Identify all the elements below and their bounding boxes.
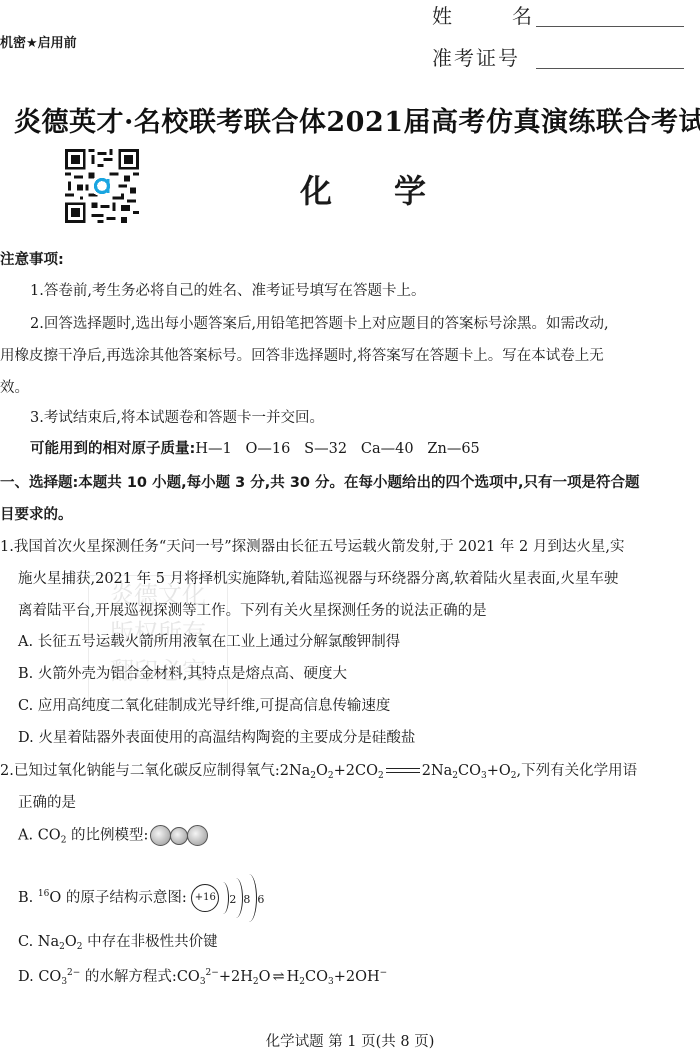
subject-char-1: 化: [300, 166, 332, 212]
name-field[interactable]: 姓 名: [432, 0, 684, 29]
confidential-label: 机密★启用前: [0, 32, 77, 51]
question-2-stem-line-2: 正确的是: [18, 793, 76, 813]
question-1-option-d[interactable]: D. 火星着陆器外表面使用的高温结构陶瓷的主要成分是硅酸盐: [18, 728, 415, 748]
option-a-prefix: A.: [18, 828, 38, 844]
section-1-heading: 一、选择题:本题共 10 小题,每小题 3 分,共 30 分。在每小题给出的四个…: [0, 471, 640, 492]
mass-number: 16: [38, 889, 49, 899]
name-underline[interactable]: [536, 26, 684, 27]
question-2-stem-line-1: 2.已知过氧化钠能与二氧化碳反应制得氧气:2Na2O2+2CO22Na2CO3+…: [0, 761, 637, 786]
question-1-stem-line-2: 施火星捕获,2021 年 5 月将择机实施降轨,着陆巡视器与环绕器分离,软着陆火…: [18, 569, 618, 589]
exam-id-field[interactable]: 准考证号: [432, 42, 684, 71]
question-2-option-d[interactable]: D. CO32− 的水解方程式:CO32−+2H2O⇌H2CO3+2OH−: [18, 963, 387, 992]
reversible-arrow-icon: ⇌: [272, 967, 284, 987]
question-1-option-b[interactable]: B. 火箭外壳为铝合金材料,其特点是熔点高、硬度大: [18, 664, 347, 684]
exam-id-label: 准考证号: [432, 42, 532, 71]
notice-item-2-end: 效。: [0, 378, 29, 398]
option-b-text: O 的原子结构示意图:: [49, 890, 186, 906]
notice-title: 注意事项:: [0, 248, 64, 269]
atomic-structure-diagram-icon: +16 2 8 6: [191, 876, 271, 920]
name-label: 姓 名: [432, 0, 532, 29]
exam-id-underline[interactable]: [536, 68, 684, 69]
notice-item-3: 3.考试结束后,将本试题卷和答题卡一并交回。: [30, 408, 324, 428]
question-1-stem-line-1: 1.我国首次火星探测任务“天问一号”探测器由长征五号运载火箭发射,于 2021 …: [0, 537, 624, 557]
atomic-masses-label: 可能用到的相对原子质量:: [30, 441, 195, 457]
exam-title: 炎德英才·名校联考联合体2021届高考仿真演练联合考试: [14, 100, 686, 139]
option-c-text: 中存在非极性共价键: [83, 934, 218, 950]
option-d-text: 的水解方程式:: [80, 969, 177, 985]
subject-title: 化学: [300, 166, 426, 212]
shell-2-electrons: 8: [243, 890, 250, 910]
nucleus-charge: +16: [191, 884, 219, 912]
name-label-char-2: 名: [512, 0, 532, 29]
co2-space-filling-model-icon: [150, 825, 208, 846]
question-2-option-a[interactable]: A. CO2 的比例模型:: [18, 825, 208, 851]
shell-1-electrons: 2: [229, 890, 236, 910]
notice-item-1: 1.答卷前,考生务必将自己的姓名、准考证号填写在答题卡上。: [30, 281, 425, 301]
subject-char-2: 学: [394, 166, 426, 212]
option-a-text: 的比例模型:: [66, 828, 148, 844]
question-1-stem-line-3: 离着陆平台,开展巡视探测等工作。下列有关火星探测任务的说法正确的是: [18, 601, 487, 621]
reaction-equation: 2Na2O2+2CO22Na2CO3+O2: [280, 763, 517, 779]
notice-item-2-cont: 用橡皮擦干净后,再选涂其他答案标号。回答非选择题时,将答案写在答题卡上。写在本试…: [0, 346, 604, 366]
question-2-option-c[interactable]: C. Na2O2 中存在非极性共价键: [18, 932, 218, 957]
option-c-prefix: C.: [18, 934, 38, 950]
hydrolysis-equation: CO32−+2H2O⇌H2CO3+2OH−: [177, 969, 387, 985]
page-footer: 化学试题 第 1 页(共 8 页): [0, 1030, 700, 1051]
qr-code-icon: [65, 149, 139, 223]
question-2-stem-suffix: ,下列有关化学用语: [517, 763, 638, 779]
question-2-option-b[interactable]: B. 16O 的原子结构示意图: +16 2 8 6: [18, 876, 271, 920]
notice-item-2: 2.回答选择题时,选出每小题答案后,用铅笔把答题卡上对应题目的答案标号涂黑。如需…: [30, 314, 609, 334]
equals-sign-icon: [386, 767, 420, 775]
option-d-prefix: D.: [18, 969, 38, 985]
atomic-masses-values: H—1 O—16 S—32 Ca—40 Zn—65: [195, 441, 479, 457]
shell-3-electrons: 6: [257, 890, 264, 910]
section-1-heading-cont: 目要求的。: [0, 503, 73, 524]
atomic-masses: 可能用到的相对原子质量:H—1 O—16 S—32 Ca—40 Zn—65: [30, 439, 480, 459]
question-2-stem-prefix: 2.已知过氧化钠能与二氧化碳反应制得氧气:: [0, 763, 280, 779]
name-label-char-1: 姓: [432, 0, 452, 29]
question-1-option-c[interactable]: C. 应用高纯度二氧化硅制成光导纤维,可提高信息传输速度: [18, 696, 390, 716]
question-1-option-a[interactable]: A. 长征五号运载火箭所用液氧在工业上通过分解氯酸钾制得: [18, 632, 400, 652]
option-b-prefix: B.: [18, 890, 38, 906]
